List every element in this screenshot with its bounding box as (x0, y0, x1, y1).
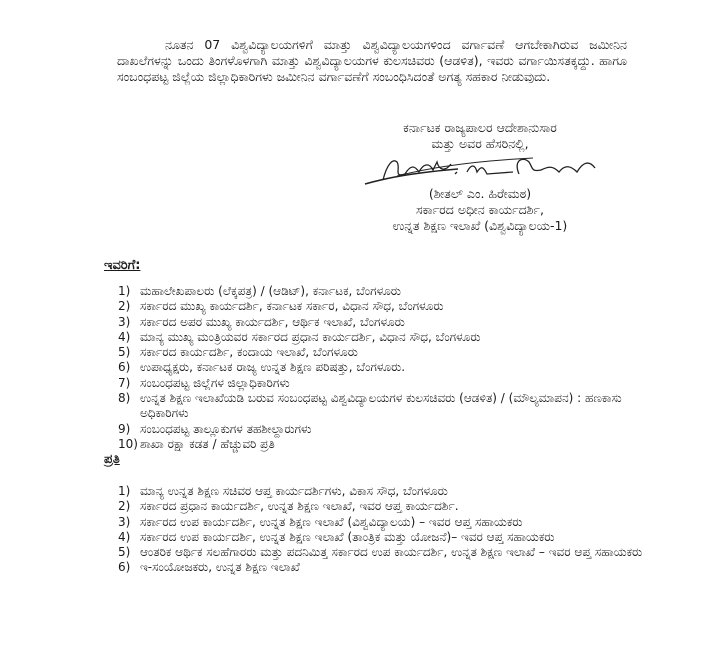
item-text: ಮಹಾಲೇಖಪಾಲರು (ಲೆಕ್ಕಪತ್ರ) / (ಆಡಿಟ್), ಕರ್ನಾ… (140, 284, 401, 298)
item-text: ಉಪಾಧ್ಯಕ್ಷರು, ಕರ್ನಾಟಕ ರಾಜ್ಯ ಉನ್ನತ ಶಿಕ್ಷಣ … (140, 360, 405, 374)
item-text: ಉನ್ನತ ಶಿಕ್ಷಣ ಇಲಾಖೆಯಡಿ ಬರುವ ಸಂಬಂಧಪಟ್ಟ ವಿಶ… (140, 391, 622, 420)
list-item: 10)ಶಾಖಾ ರಕ್ಷಾ ಕಡತ / ಹೆಚ್ಚುವರಿ ಪ್ರತಿ (118, 437, 648, 452)
item-number: 4) (118, 330, 130, 345)
recipients-heading: ಇವರಿಗೆ: (104, 258, 140, 273)
signatory-name: (ಶೀತಲ್ ಎಂ. ಹಿರೇಮಠ) (345, 186, 615, 202)
item-text: ಶಾಖಾ ರಕ್ಷಾ ಕಡತ / ಹೆಚ್ಚುವರಿ ಪ್ರತಿ (140, 437, 275, 451)
list-item: 1)ಮಾನ್ಯ ಉನ್ನತ ಶಿಕ್ಷಣ ಸಚಿವರ ಆಪ್ತ ಕಾರ್ಯದರ್… (118, 484, 648, 499)
item-text: ಸಂಬಂಧಪಟ್ಟ ತಾಲ್ಲೂಕುಗಳ ತಹಶೀಲ್ದಾರುಗಳು (140, 422, 311, 436)
item-number: 7) (118, 376, 130, 391)
item-text: ಇ-ಸಂಯೋಜಕರು, ಉನ್ನತ ಶಿಕ್ಷಣ ಇಲಾಖೆ (140, 560, 300, 574)
handwritten-signature (345, 154, 615, 184)
item-text: ಸರ್ಕಾರದ ಉಪ ಕಾರ್ಯದರ್ಶಿ, ಉನ್ನತ ಶಿಕ್ಷಣ ಇಲಾಖ… (140, 530, 554, 544)
item-text: ಸರ್ಕಾರದ ಕಾರ್ಯದರ್ಶಿ, ಕಂದಾಯ ಇಲಾಖೆ, ಬೆಂಗಳೂರ… (140, 345, 358, 359)
item-number: 3) (118, 515, 130, 530)
signatory-designation: ಸರ್ಕಾರದ ಅಧೀನ ಕಾರ್ಯದರ್ಶಿ, (345, 202, 615, 218)
authority-line-2: ಮತ್ತು ಅವರ ಹೆಸರಿನಲ್ಲಿ, (345, 136, 615, 152)
item-text: ಸರ್ಕಾರದ ಮುಖ್ಯ ಕಾರ್ಯದರ್ಶಿ, ಕರ್ನಾಟಕ ಸರ್ಕಾರ… (140, 299, 443, 313)
list-item: 1)ಮಹಾಲೇಖಪಾಲರು (ಲೆಕ್ಕಪತ್ರ) / (ಆಡಿಟ್), ಕರ್… (118, 284, 648, 299)
recipients-list: 1)ಮಹಾಲೇಖಪಾಲರು (ಲೆಕ್ಕಪತ್ರ) / (ಆಡಿಟ್), ಕರ್… (118, 284, 648, 452)
body-paragraph: ನೂತನ 07 ವಿಶ್ವವಿದ್ಯಾಲಯಗಳಿಗೆ ಮಾತ್ತು ವಿಶ್ವವ… (117, 37, 627, 85)
list-item: 2)ಸರ್ಕಾರದ ಮುಖ್ಯ ಕಾರ್ಯದರ್ಶಿ, ಕರ್ನಾಟಕ ಸರ್ಕ… (118, 299, 648, 314)
list-item: 6)ಉಪಾಧ್ಯಕ್ಷರು, ಕರ್ನಾಟಕ ರಾಜ್ಯ ಉನ್ನತ ಶಿಕ್ಷ… (118, 360, 648, 375)
signature-icon (363, 154, 603, 186)
list-item: 8)ಉನ್ನತ ಶಿಕ್ಷಣ ಇಲಾಖೆಯಡಿ ಬರುವ ಸಂಬಂಧಪಟ್ಟ ವ… (118, 391, 648, 422)
item-text: ಸರ್ಕಾರದ ಪ್ರಧಾನ ಕಾರ್ಯದರ್ಶಿ, ಉನ್ನತ ಶಿಕ್ಷಣ … (140, 499, 459, 513)
item-number: 2) (118, 299, 130, 314)
item-text: ಮಾನ್ಯ ಮುಖ್ಯ ಮಂತ್ರಿಯವರ ಸರ್ಕಾರದ ಪ್ರಧಾನ ಕಾರ… (140, 330, 481, 344)
list-item: 3)ಸರ್ಕಾರದ ಉಪ ಕಾರ್ಯದರ್ಶಿ, ಉನ್ನತ ಶಿಕ್ಷಣ ಇಲ… (118, 515, 648, 530)
item-number: 10) (118, 437, 138, 452)
signatory-department: ಉನ್ನತ ಶಿಕ್ಷಣ ಇಲಾಖೆ (ವಿಶ್ವವಿದ್ಯಾಲಯ-1) (345, 218, 615, 234)
item-text: ಸರ್ಕಾರದ ಅಪರ ಮುಖ್ಯ ಕಾರ್ಯದರ್ಶಿ, ಆರ್ಥಿಕ ಇಲಾ… (140, 315, 405, 329)
list-item: 9)ಸಂಬಂಧಪಟ್ಟ ತಾಲ್ಲೂಕುಗಳ ತಹಶೀಲ್ದಾರುಗಳು (118, 422, 648, 437)
item-text: ಸರ್ಕಾರದ ಉಪ ಕಾರ್ಯದರ್ಶಿ, ಉನ್ನತ ಶಿಕ್ಷಣ ಇಲಾಖ… (140, 515, 522, 529)
list-item: 5)ಸರ್ಕಾರದ ಕಾರ್ಯದರ್ಶಿ, ಕಂದಾಯ ಇಲಾಖೆ, ಬೆಂಗಳ… (118, 345, 648, 360)
item-text: ಮಾನ್ಯ ಉನ್ನತ ಶಿಕ್ಷಣ ಸಚಿವರ ಆಪ್ತ ಕಾರ್ಯದರ್ಶಿ… (140, 484, 448, 498)
document-page: ನೂತನ 07 ವಿಶ್ವವಿದ್ಯಾಲಯಗಳಿಗೆ ಮಾತ್ತು ವಿಶ್ವವ… (0, 0, 720, 664)
list-item: 4)ಸರ್ಕಾರದ ಉಪ ಕಾರ್ಯದರ್ಶಿ, ಉನ್ನತ ಶಿಕ್ಷಣ ಇಲ… (118, 530, 648, 545)
item-number: 9) (118, 422, 130, 437)
item-number: 2) (118, 499, 130, 514)
item-number: 8) (118, 391, 130, 406)
copies-heading: ಪ್ರತಿ (104, 452, 120, 467)
copies-list: 1)ಮಾನ್ಯ ಉನ್ನತ ಶಿಕ್ಷಣ ಸಚಿವರ ಆಪ್ತ ಕಾರ್ಯದರ್… (118, 484, 648, 576)
list-item: 7)ಸಂಬಂಧಪಟ್ಟ ಜಿಲ್ಲೆಗಳ ಜಿಲ್ಲಾಧಿಕಾರಿಗಳು (118, 376, 648, 391)
item-number: 5) (118, 345, 130, 360)
list-item: 3)ಸರ್ಕಾರದ ಅಪರ ಮುಖ್ಯ ಕಾರ್ಯದರ್ಶಿ, ಆರ್ಥಿಕ ಇ… (118, 315, 648, 330)
authority-line: ಕರ್ನಾಟಕ ರಾಜ್ಯಪಾಲರ ಆದೇಶಾನುಸಾರ (345, 120, 615, 136)
item-number: 6) (118, 560, 130, 575)
list-item: 6)ಇ-ಸಂಯೋಜಕರು, ಉನ್ನತ ಶಿಕ್ಷಣ ಇಲಾಖೆ (118, 560, 648, 575)
list-item: 4)ಮಾನ್ಯ ಮುಖ್ಯ ಮಂತ್ರಿಯವರ ಸರ್ಕಾರದ ಪ್ರಧಾನ ಕ… (118, 330, 648, 345)
item-number: 4) (118, 530, 130, 545)
item-number: 3) (118, 315, 130, 330)
item-number: 1) (118, 284, 130, 299)
item-number: 1) (118, 484, 130, 499)
signature-block: ಕರ್ನಾಟಕ ರಾಜ್ಯಪಾಲರ ಆದೇಶಾನುಸಾರ ಮತ್ತು ಅವರ ಹ… (345, 120, 615, 234)
item-text: ಸಂಬಂಧಪಟ್ಟ ಜಿಲ್ಲೆಗಳ ಜಿಲ್ಲಾಧಿಕಾರಿಗಳು (140, 376, 290, 390)
item-text: ಆಂತರಿಕ ಆರ್ಥಿಕ ಸಲಹೆಗಾರರು ಮತ್ತು ಪದನಿಮಿತ್ತ … (140, 545, 642, 559)
item-number: 6) (118, 360, 130, 375)
item-number: 5) (118, 545, 130, 560)
list-item: 2)ಸರ್ಕಾರದ ಪ್ರಧಾನ ಕಾರ್ಯದರ್ಶಿ, ಉನ್ನತ ಶಿಕ್ಷ… (118, 499, 648, 514)
list-item: 5)ಆಂತರಿಕ ಆರ್ಥಿಕ ಸಲಹೆಗಾರರು ಮತ್ತು ಪದನಿಮಿತ್… (118, 545, 648, 560)
